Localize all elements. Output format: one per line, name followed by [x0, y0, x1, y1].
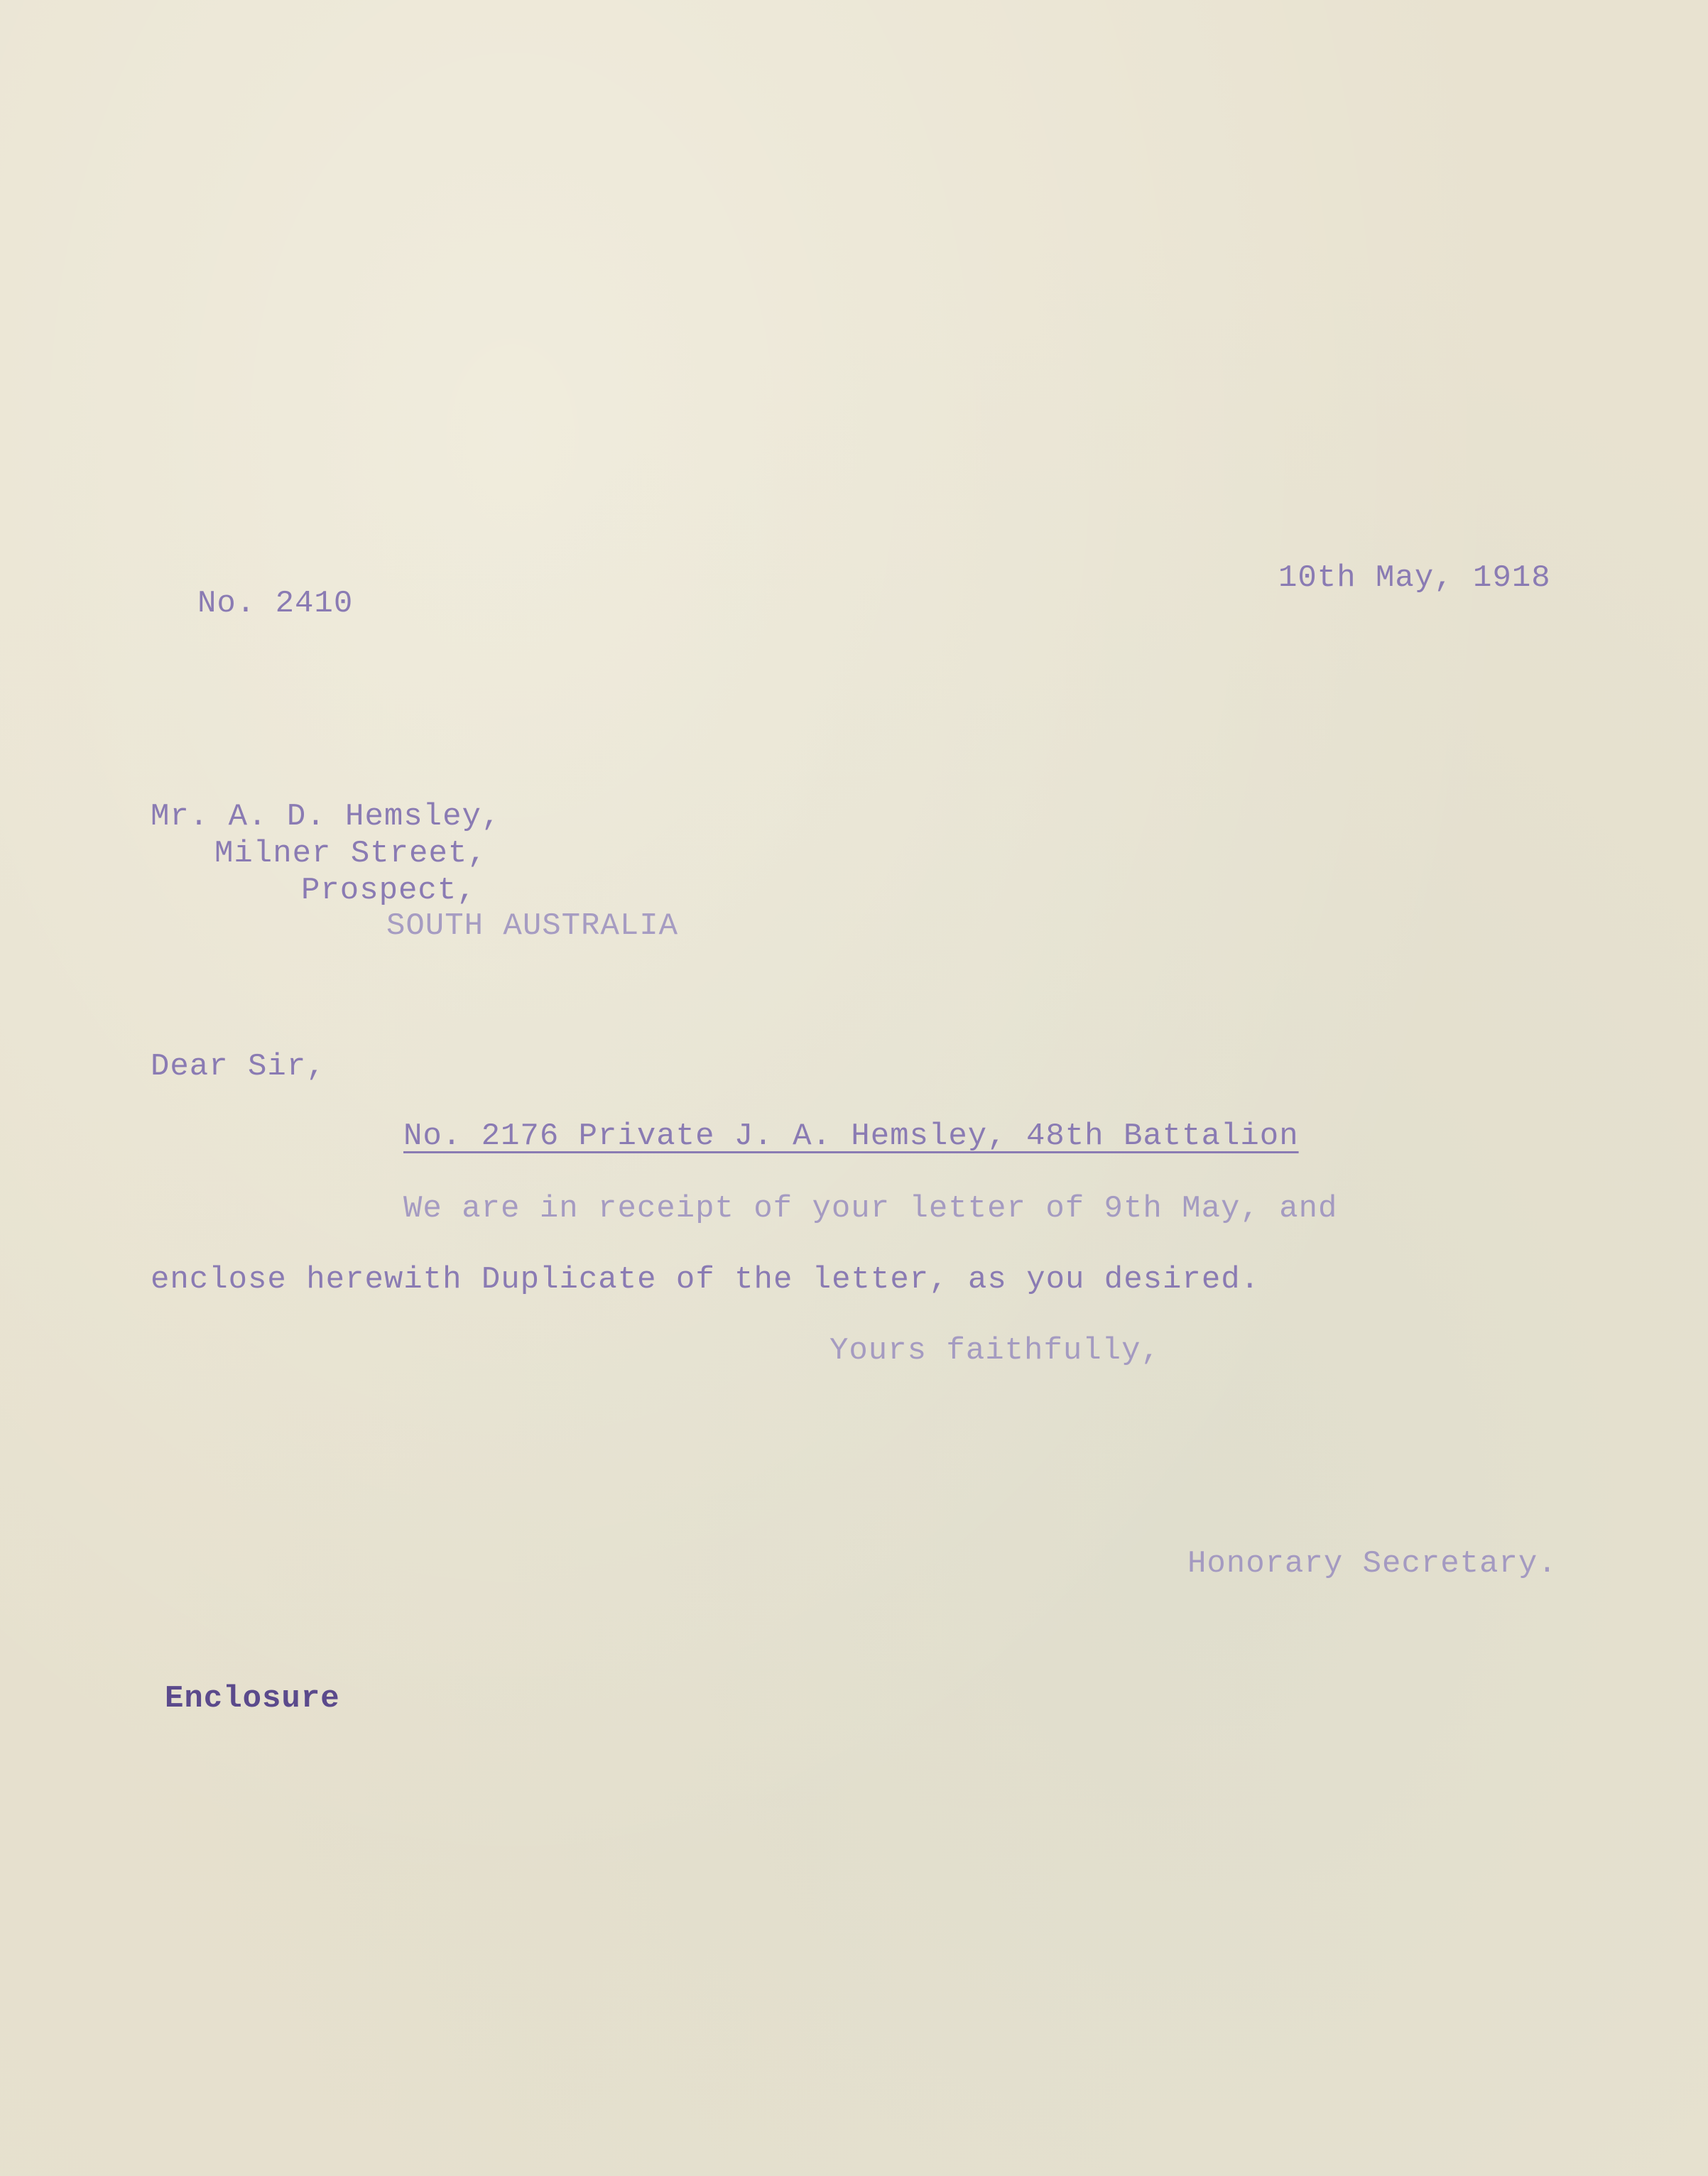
recipient-suburb: Prospect, — [301, 875, 477, 906]
signatory-title: Honorary Secretary. — [1187, 1548, 1557, 1579]
recipient-street: Milner Street, — [214, 838, 487, 869]
salutation: Dear Sir, — [151, 1051, 326, 1082]
recipient-name: Mr. A. D. Hemsley, — [151, 801, 501, 832]
body-line-1: We are in receipt of your letter of 9th … — [403, 1193, 1337, 1224]
subject-line: No. 2176 Private J. A. Hemsley, 48th Bat… — [403, 1121, 1299, 1152]
letter-date: 10th May, 1918 — [1278, 562, 1551, 594]
enclosure-note: Enclosure — [165, 1683, 340, 1714]
recipient-state: SOUTH AUSTRALIA — [386, 910, 678, 942]
closing: Yours faithfully, — [829, 1335, 1160, 1366]
body-line-2: enclose herewith Duplicate of the letter… — [151, 1264, 1260, 1295]
reference-number: No. 2410 — [197, 588, 353, 619]
